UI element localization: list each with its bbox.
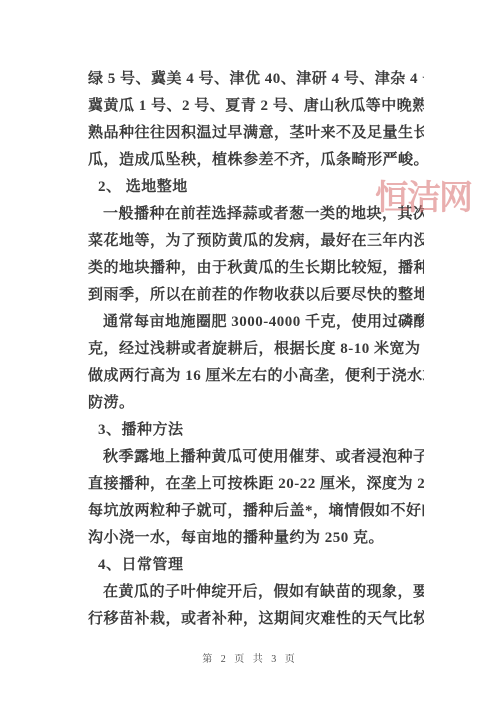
text-line: 通常每亩地施圈肥 3000-4000 千克，使用过磷酸钙为 50 千 — [88, 309, 424, 336]
text-line: 秋季露地上播种黄瓜可使用催芽、或者浸泡种子和干种子 — [88, 444, 424, 471]
section-heading-3: 3、播种方法 — [88, 417, 424, 444]
text-line: 克，经过浅耕或者旋耕后，根据长度 8-10 米宽为 1.4 米左右， — [88, 336, 424, 363]
text-line: 做成两行高为 16 厘米左右的小高垄，便利于浇水或者排水和 — [88, 363, 424, 390]
text-line: 瓜，造成瓜坠秧，植株参差不齐，瓜条畸形严峻。 — [88, 147, 424, 174]
text-line: 直接播种，在垄上可按株距 20-22 厘米，深度为 2-3 厘米挖坑， — [88, 471, 424, 498]
text-line: 绿 5 号、冀美 4 号、津优 40、津研 4 号、津杂 4 号津杂 3 号、 — [88, 66, 424, 93]
text-line: 冀黄瓜 1 号、2 号、夏青 2 号、唐山秋瓜等中晚熟的品种。早 — [88, 93, 424, 120]
text-line: 到雨季，所以在前茬的作物收获以后要尽快的整地清茬。 — [88, 282, 424, 309]
text-line: 菜花地等，为了预防黄瓜的发病，最好在三年内没有种过瓜 — [88, 228, 424, 255]
text-line: 熟品种往往因积温过早满意，茎叶来不及足量生长就大量结 — [88, 120, 424, 147]
page-number: 第 2 页 共 3 页 — [0, 650, 500, 665]
document-body: 绿 5 号、冀美 4 号、津优 40、津研 4 号、津杂 4 号津杂 3 号、 … — [88, 66, 424, 633]
section-heading-4: 4、日常管理 — [88, 552, 424, 579]
text-line: 一般播种在前茬选择蒜或者葱一类的地块，其次是麦地和 — [88, 201, 424, 228]
section-heading-2: 2、 选地整地 — [88, 174, 424, 201]
document-page: 绿 5 号、冀美 4 号、津优 40、津研 4 号、津杂 4 号津杂 3 号、 … — [0, 0, 500, 708]
text-line: 在黄瓜的子叶伸绽开后，假如有缺苗的现象，要准时的进 — [88, 579, 424, 606]
text-line: 行移苗补栽，或者补种，这期间灾难性的天气比较多，定苗 — [88, 606, 424, 633]
text-line: 沟小浇一水，每亩地的播种量约为 250 克。 — [88, 525, 424, 552]
text-line: 类的地块播种，由于秋黄瓜的生长期比较短，播种期又会遇 — [88, 255, 424, 282]
text-line: 防涝。 — [88, 390, 424, 417]
text-line: 每坑放两粒种子就可，播种后盖*，墒情假如不好的话，可顺 — [88, 498, 424, 525]
